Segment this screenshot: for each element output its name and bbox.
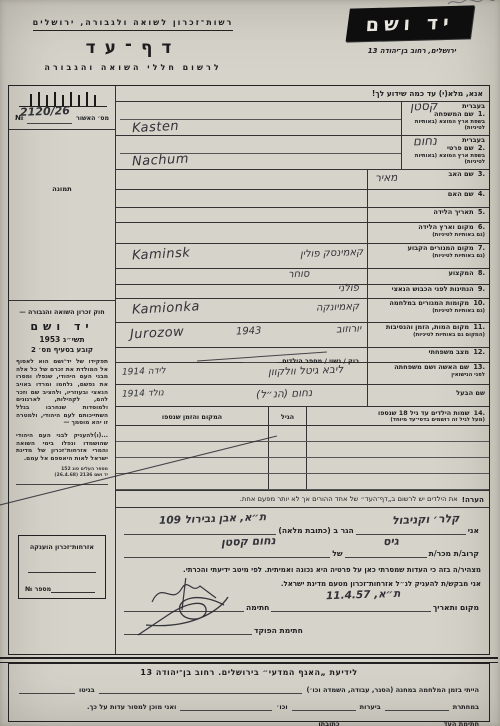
handwritten-death-place-hebrew: יורוזוב bbox=[336, 324, 362, 336]
field-number: 8. bbox=[478, 270, 485, 278]
handwritten-deceased-name: נחום קסטן bbox=[220, 534, 275, 549]
memorial-citizenship-box: אזרחות־זכרון הוענקה מספר № bbox=[18, 535, 106, 599]
handwritten-witness-name: קלר׳ וקניבול bbox=[392, 512, 460, 527]
place-date-label: מקום ותאריך bbox=[431, 603, 481, 612]
field-birth-place-value bbox=[116, 223, 367, 243]
clerk-signature-label: חתימת הפוקד bbox=[252, 626, 305, 635]
children-table: 14. שמות הילדים עד גיל 18 שנספו (מעל לגי… bbox=[116, 407, 489, 491]
witness-identity-row: אני קלר׳ וקניבול הגר ב (כתובת מלאה) ת״א,… bbox=[124, 521, 481, 535]
field-label-text: מקום המגורים הקבוע bbox=[407, 244, 473, 252]
handwritten-citizenship: פולני bbox=[338, 283, 359, 295]
law-name: יד ושם bbox=[16, 320, 108, 333]
main-form-box: אנא, מלא(י) עד כמה שידוע לך! בעברית 1. ש… bbox=[8, 85, 490, 655]
field-citizenship-value: פולני bbox=[116, 285, 367, 298]
field-number: 4. bbox=[478, 191, 485, 199]
in-hebrew-label: בעברית bbox=[462, 136, 485, 144]
field-first-name: בעברית 2. שם פרטי בשפת ארץ המוצא (באותיו… bbox=[116, 136, 489, 170]
handwritten-father-name: מאיר bbox=[374, 172, 397, 185]
residing-label: הגר ב (כתובת מלאה) bbox=[276, 526, 355, 535]
children-place-column-header: המקום והזמן שנספו bbox=[116, 407, 268, 425]
relation-label: קרוב/ת מכר/ת bbox=[427, 549, 481, 558]
field-sublabel: (גם באותיות לטיניות) bbox=[370, 253, 485, 259]
field-number: 10. bbox=[473, 300, 485, 308]
handwritten-wartime-residence-latin: Kamionka bbox=[132, 299, 201, 318]
clerk-signature-row: חתימת הפוקד bbox=[124, 621, 481, 635]
photo-label: תמונה bbox=[9, 185, 115, 193]
field-label-text: שם הבעל bbox=[456, 389, 485, 397]
handwritten-residence-latin: Kaminsk bbox=[132, 245, 191, 263]
declaration-section: אני קלר׳ וקניבול הגר ב (כתובת מלאה) ת״א,… bbox=[116, 508, 489, 654]
field-sublabel: (המקום גם באותיות לטיניות) bbox=[370, 332, 485, 338]
field-mother-name-value bbox=[116, 190, 367, 207]
field-number: 7. bbox=[478, 245, 485, 253]
field-wife-name-label: 13. שם האשה ושם משפחתה לפני הנישואין bbox=[367, 363, 489, 384]
witness-signature-line: חתימת העד כתובתו bbox=[19, 718, 479, 726]
field-number: 5. bbox=[478, 209, 485, 217]
clerk-signature-blank bbox=[124, 621, 252, 635]
signature-blank bbox=[124, 598, 244, 612]
scientific-division-box: לידיעת „האגף המדעי״ בירושלים. רחוב בן־יה… bbox=[8, 663, 490, 722]
field-sublabel: (גם באותיות לטיניות) bbox=[370, 308, 485, 314]
field-husband-name-label: שם הבעל bbox=[367, 385, 489, 406]
field-wartime-residence-value: Kamionka קאמיונקה bbox=[116, 299, 367, 322]
field-father-name-value: מאיר bbox=[116, 170, 367, 189]
witness-address-label: כתובתו bbox=[318, 720, 339, 726]
yad-vashem-logo: יד ושם bbox=[346, 5, 475, 41]
field-number: 9. bbox=[478, 286, 485, 294]
field-label-text: מצב משפחתי bbox=[429, 348, 469, 356]
field-permanent-residence-value: Kaminsk קאמינסק פולין bbox=[116, 244, 367, 268]
certificate-number-label: מס׳ האשור bbox=[76, 115, 109, 122]
field-label-text: שם האב bbox=[448, 170, 473, 178]
law-year: תשי״ג 1953 bbox=[16, 335, 108, 344]
underground-line: במחתרת ביערות וכו׳ ואני מוכן למסור עדות … bbox=[19, 701, 479, 711]
page-title: דף־עד bbox=[22, 38, 244, 58]
field-father-name: 3. שם האב מאיר bbox=[116, 170, 489, 190]
field-birth-place: 6. מקום וארץ הלידה (גם באותיות לטיניות) bbox=[116, 223, 489, 244]
relation-row: קרוב/ת מכר/ת גיס של נחום קסטן bbox=[124, 544, 481, 558]
scientific-division-title: לידיעת „האגף המדעי״ בירושלים. רחוב בן־יה… bbox=[19, 668, 479, 677]
corner-handwriting-scribble bbox=[446, 0, 496, 8]
children-table-row bbox=[116, 474, 489, 490]
field-number: 14. bbox=[474, 409, 485, 417]
handwritten-profession: סוחר bbox=[287, 269, 309, 281]
field-birth-date-value bbox=[116, 208, 367, 222]
law-paragraph-2: ...(ו)להעניק לבני העם היהודי שהושמדו ונפ… bbox=[16, 433, 108, 464]
note-head: הערה! bbox=[462, 495, 484, 504]
field-citizenship-label: 9. הנתינות לפני הכבוש הנאצי bbox=[367, 285, 489, 298]
numero-sign: № bbox=[25, 586, 32, 593]
handwritten-relation: גיס bbox=[383, 535, 399, 549]
field-permanent-residence: 7. מקום המגורים הקבוע (גם באותיות לטיניו… bbox=[116, 244, 489, 269]
etc-label: וכו׳ bbox=[276, 703, 287, 711]
field-wife-name-value: ליבא גיטל וולקוון לידה 1914 bbox=[116, 363, 367, 384]
field-profession-label: 8. המקצוע bbox=[367, 269, 489, 284]
handwritten-first-name-hebrew: נחום bbox=[413, 134, 437, 149]
handwritten-husband-name: נחום (הנ״ל) bbox=[256, 387, 313, 401]
camp-blank bbox=[99, 684, 303, 694]
handwritten-family-name-hebrew: קסטן bbox=[409, 99, 437, 114]
field-marital-status: 12. מצב משפחתי רוק / נשוי / מספר הילדים bbox=[116, 348, 489, 363]
ghetto-blank bbox=[19, 684, 75, 694]
law-clause: קובע בסעיף מס׳ 2 bbox=[16, 346, 108, 354]
field-mother-name: 4. שם האם bbox=[116, 190, 489, 208]
in-hebrew-label: בעברית bbox=[462, 102, 485, 110]
logo-address: ירושלים, רחוב בן־יהודה 13 bbox=[368, 47, 456, 55]
field-profession-value: סוחר bbox=[116, 269, 367, 284]
handwritten-first-name-latin: Nachum bbox=[132, 152, 190, 170]
handwritten-family-name-latin: Kasten bbox=[132, 119, 180, 136]
field-sublabel: לפני הנישואין bbox=[370, 372, 485, 378]
field-birth-place-label: 6. מקום וארץ הלידה (גם באותיות לטיניות) bbox=[367, 223, 489, 243]
memorial-citizenship-title: אזרחות־זכרון הוענקה bbox=[25, 543, 99, 551]
children-note-row: הערה! את הילדים יש לרשום ב„דף־העד״ של אח… bbox=[116, 491, 489, 508]
children-table-header: 14. שמות הילדים עד גיל 18 שנספו (מעל לגי… bbox=[116, 407, 489, 426]
witness-address-blank: ת״א, אבן גבירול 109 bbox=[124, 521, 276, 535]
field-husband-name: שם הבעל נחום (הנ״ל) נולד 1914 bbox=[116, 385, 489, 407]
camp-line: הייתי בזמן המלחמה במחנה (הסגר, עבודה, הש… bbox=[19, 684, 479, 694]
citizenship-blank-line bbox=[28, 560, 96, 573]
of-label: של bbox=[330, 549, 344, 558]
forests-blank bbox=[292, 701, 356, 711]
field-label-text: שם פרטי bbox=[447, 144, 474, 152]
authority-line: רשות־זכרון לשואה ולגבורה, ירושלים bbox=[33, 18, 234, 31]
citizenship-number-blank bbox=[51, 583, 95, 593]
ready-to-testify-label: ואני מוכן למסור עדות על כך. bbox=[87, 703, 176, 711]
forests-label: ביערות bbox=[360, 703, 381, 711]
field-number: 11. bbox=[473, 324, 485, 332]
field-number: 13. bbox=[473, 364, 485, 372]
field-husband-name-value: נחום (הנ״ל) נולד 1914 bbox=[116, 385, 367, 406]
place-date-blank: ת״א, 11.4.57 bbox=[271, 598, 430, 612]
field-marital-status-value: רוק / נשוי / מספר הילדים bbox=[116, 348, 367, 362]
citizenship-request-statement: אני מבקש/ת להעניק לנ״ל אזרחות־זכרון מטעם… bbox=[124, 580, 481, 589]
field-family-name: בעברית 1. שם המשפחה בשפת ארץ המוצא (באות… bbox=[116, 102, 489, 136]
form-small-print: מספר העלים סוג 152 יד ושם 2136 (26.4.68) bbox=[16, 467, 108, 485]
field-label-text: מקומות המגורים במלחמה bbox=[389, 299, 469, 307]
sidebar-column: מס׳ האשור 2120/26 № תמונה חוק זכרון השוא… bbox=[9, 86, 115, 654]
field-label-text: שם האם bbox=[448, 190, 474, 198]
handwritten-wife-name: ליבא גיטל וולקוון bbox=[268, 364, 344, 379]
fields-column: אנא, מלא(י) עד כמה שידוע לך! בעברית 1. ש… bbox=[115, 86, 489, 654]
field-sublabel: בשפת ארץ המוצא (באותיות לטיניות) bbox=[404, 153, 485, 165]
handwritten-husband-birth-note: נולד 1914 bbox=[122, 388, 164, 399]
handwritten-witness-address: ת״א, אבן גבירול 109 bbox=[159, 511, 267, 527]
small-print-line-2: יד ושם 2136 (26.4.68) bbox=[16, 473, 108, 479]
form-header: רשות־זכרון לשואה ולגבורה, ירושלים דף־עד … bbox=[22, 10, 244, 72]
children-table-row bbox=[116, 442, 489, 458]
handwritten-residence-hebrew: קאמינסק פולין bbox=[300, 247, 364, 260]
law-paragraph-1: תפקידו של יד־ושם הוא לאסוף אל המולדת את … bbox=[16, 359, 108, 428]
field-profession: 8. המקצוע סוחר bbox=[116, 269, 489, 285]
certificate-number-row: מס׳ האשור 2120/26 № bbox=[9, 107, 115, 130]
field-place-of-death-value: Jurozow 1943 יורוזוב bbox=[116, 323, 367, 347]
field-sublabel: (מעל לגיל זה רושמים בדפי־עד מיוחד) bbox=[311, 417, 485, 423]
children-age-column-header: הגיל bbox=[268, 407, 306, 425]
field-label-text: מקום המות, הזמן והנסיבות bbox=[386, 323, 469, 331]
i-label: אני bbox=[466, 526, 481, 535]
children-table-row bbox=[116, 458, 489, 474]
field-first-name-value: נחום Nachum bbox=[116, 136, 401, 169]
children-table-row bbox=[116, 426, 489, 442]
relation-blank: גיס bbox=[345, 544, 427, 558]
field-number: 1. bbox=[478, 111, 485, 119]
citizenship-number-label: מספר bbox=[35, 586, 51, 593]
etc-blank bbox=[180, 701, 272, 711]
handwritten-death-year: 1943 bbox=[236, 326, 262, 338]
field-birth-date-label: 5. תאריך הלידה bbox=[367, 208, 489, 222]
children-table-label: 14. שמות הילדים עד גיל 18 שנספו (מעל לגי… bbox=[306, 407, 489, 425]
declaration-statement: מצהיר/ה בזה כי העדות שמסרתי כאן על פרטיה… bbox=[124, 566, 481, 575]
field-sublabel: (גם באותיות לטיניות) bbox=[370, 232, 485, 238]
handwritten-certificate-number: 2120/26 bbox=[20, 104, 70, 119]
field-number: 6. bbox=[478, 224, 485, 232]
witness-signature-label: חתימת העד bbox=[444, 720, 479, 726]
field-number: 12. bbox=[473, 349, 485, 357]
field-permanent-residence-label: 7. מקום המגורים הקבוע (גם באותיות לטיניו… bbox=[367, 244, 489, 268]
law-intro: חוק זכרון השואה והגבורה — bbox=[16, 308, 108, 316]
underground-label: במחתרת bbox=[453, 703, 479, 711]
handwritten-wife-birth-note: לידה 1914 bbox=[122, 366, 166, 378]
field-wartime-residence: 10. מקומות המגורים במלחמה (גם באותיות לט… bbox=[116, 299, 489, 323]
field-label-text: תאריך הלידה bbox=[433, 208, 473, 216]
field-family-name-value: קסטן Kasten bbox=[116, 102, 401, 135]
field-sublabel: בשפת ארץ המוצא (באותיות לטיניות) bbox=[404, 119, 485, 131]
field-number: 2. bbox=[478, 145, 485, 153]
field-label-text: מקום וארץ הלידה bbox=[418, 223, 473, 231]
handwritten-death-place-latin: Jurozow bbox=[130, 325, 185, 343]
field-label-text: המקצוע bbox=[448, 269, 473, 277]
underground-blank bbox=[385, 701, 449, 711]
field-place-of-death: 11. מקום המות, הזמן והנסיבות (המקום גם ב… bbox=[116, 323, 489, 348]
citizenship-number-row: מספר № bbox=[25, 583, 99, 593]
place-date-signature-row: מקום ותאריך ת״א, 11.4.57 חתימה bbox=[124, 598, 481, 612]
ghetto-label: בגיטו bbox=[79, 686, 95, 694]
witness-signature-blank bbox=[344, 718, 440, 726]
logo-text: יד ושם bbox=[365, 11, 454, 35]
photo-placeholder-box: תמונה bbox=[9, 130, 115, 301]
field-label-text: שם המשפחה bbox=[434, 110, 474, 118]
field-birth-date: 5. תאריך הלידה bbox=[116, 208, 489, 223]
testimony-page-scan: רשות־זכרון לשואה ולגבורה, ירושלים דף־עד … bbox=[0, 0, 500, 726]
field-number: 3. bbox=[478, 171, 485, 179]
certificate-number-blank: 2120/26 bbox=[27, 112, 72, 124]
field-mother-name-label: 4. שם האם bbox=[367, 190, 489, 207]
witness-name-blank: קלר׳ וקניבול bbox=[356, 521, 466, 535]
handwritten-wartime-residence-hebrew: קאמיונקה bbox=[316, 301, 360, 314]
field-wartime-residence-label: 10. מקומות המגורים במלחמה (גם באותיות לט… bbox=[367, 299, 489, 322]
field-label-text: שם האשה ושם משפחתה bbox=[394, 363, 469, 371]
field-place-of-death-label: 11. מקום המות, הזמן והנסיבות (המקום גם ב… bbox=[367, 323, 489, 347]
field-wife-name: 13. שם האשה ושם משפחתה לפני הנישואין ליב… bbox=[116, 363, 489, 385]
witness-address-blank bbox=[174, 718, 314, 726]
handwritten-place-date: ת״א, 11.4.57 bbox=[326, 588, 401, 603]
note-body: את הילדים יש לרשום ב„דף־העד״ של אחד ההור… bbox=[240, 495, 458, 503]
field-citizenship: 9. הנתינות לפני הכבוש הנאצי פולני bbox=[116, 285, 489, 299]
deceased-name-blank: נחום קסטן bbox=[124, 544, 330, 558]
law-text-block: חוק זכרון השואה והגבורה — יד ושם תשי״ג 1… bbox=[9, 301, 115, 464]
field-label-text: שמות הילדים עד גיל 18 שנספו bbox=[378, 409, 469, 417]
signature-label: חתימה bbox=[244, 603, 271, 612]
field-marital-status-label: 12. מצב משפחתי bbox=[367, 348, 489, 362]
camp-label: הייתי בזמן המלחמה במחנה (הסגר, עבודה, הש… bbox=[306, 686, 479, 694]
page-subtitle: לרשום חללי השואה והגבורה bbox=[22, 63, 244, 72]
field-label-text: הנתינות לפני הכבוש הנאצי bbox=[392, 285, 474, 293]
